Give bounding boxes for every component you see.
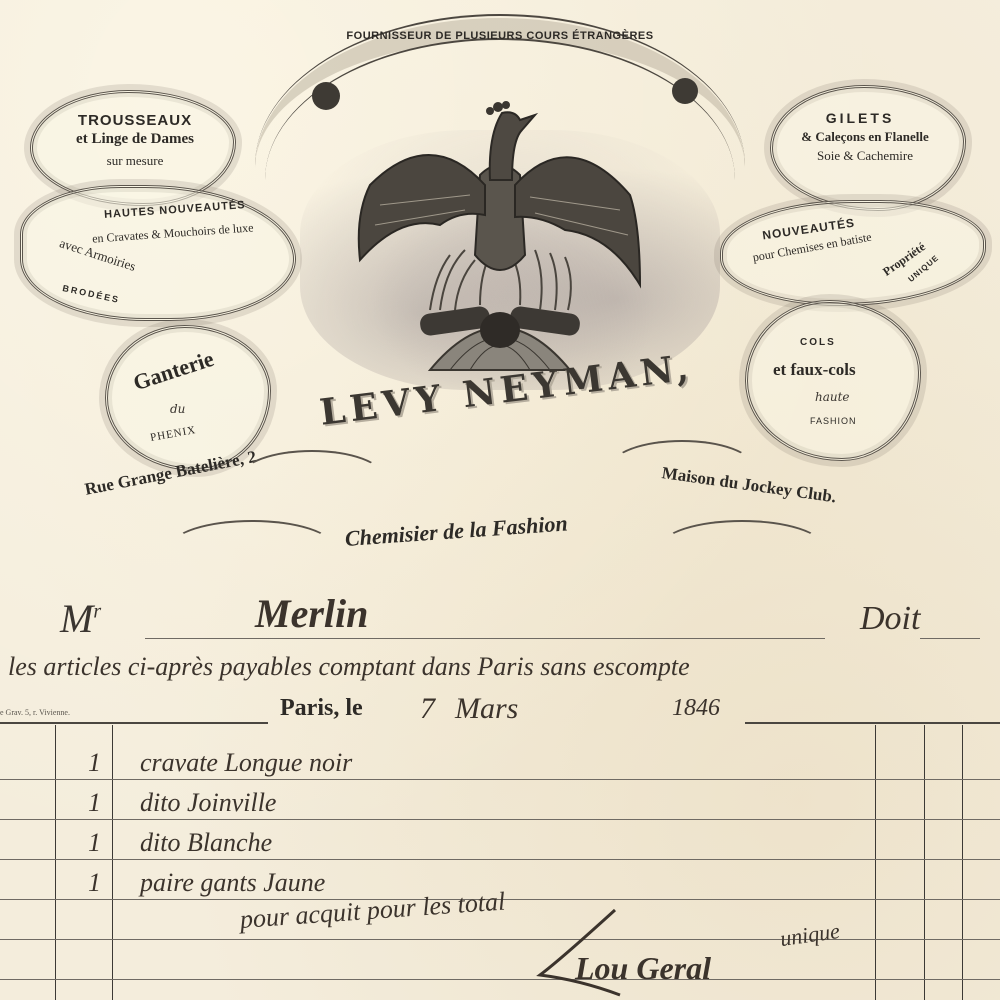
invoice: Mr Merlin Doit les articles ci-après pay…	[0, 560, 1000, 1000]
left-section3-line1: du	[170, 402, 185, 416]
left-title: TROUSSEAUX	[55, 112, 215, 129]
item-qty: 1	[88, 788, 101, 818]
flourish	[240, 450, 384, 504]
column-rule-price	[875, 725, 876, 1000]
column-rule-margin	[55, 725, 56, 1000]
engraver-credit: e Grav. 5, r. Vivienne.	[0, 708, 70, 717]
row-rule	[0, 779, 1000, 780]
salutation-prefix: Mr	[60, 595, 101, 642]
receipt-note-2: unique	[778, 918, 841, 952]
date-month[interactable]: Mars	[455, 692, 518, 726]
column-rule-francs	[924, 725, 925, 1000]
column-rule-cents	[962, 725, 963, 1000]
right-section3-line3: FASHION	[810, 416, 857, 426]
banner-text: FOURNISSEUR DE PLUSIEURS COURS ÉTRANGÈRE…	[330, 30, 670, 42]
flourish	[610, 440, 754, 494]
item-description: dito Blanche	[140, 828, 272, 858]
item-description: dito Joinville	[140, 788, 276, 818]
payment-terms: les articles ci-après payables comptant …	[8, 652, 690, 682]
right-medallion-icon	[672, 78, 698, 104]
right-section3-line1: et faux-cols	[773, 360, 856, 380]
salutation-superscript: r	[93, 601, 101, 623]
right-title: GILETS	[800, 110, 920, 126]
letterhead: FOURNISSEUR DE PLUSIEURS COURS ÉTRANGÈRE…	[0, 0, 1000, 560]
place-rule-left	[0, 722, 268, 724]
row-rule	[0, 859, 1000, 860]
right-section3-title: COLS	[800, 337, 836, 348]
phoenix-emblem-icon	[340, 85, 660, 385]
item-description: cravate Longue noir	[140, 748, 352, 778]
place-label: Paris, le	[280, 695, 363, 722]
item-qty: 1	[88, 828, 101, 858]
left-line2: sur mesure	[60, 153, 210, 169]
date-day[interactable]: 7	[420, 692, 435, 726]
left-medallion-icon	[312, 82, 340, 110]
column-rule-qty	[112, 725, 113, 1000]
place-rule-right	[745, 722, 1000, 724]
item-qty: 1	[88, 868, 101, 898]
customer-name[interactable]: Merlin	[255, 590, 368, 637]
row-rule	[0, 819, 1000, 820]
merchant-trade: Chemisier de la Fashion	[344, 510, 568, 551]
right-line2: Soie & Cachemire	[795, 148, 935, 164]
right-section3-line2: haute	[815, 390, 850, 404]
right-lower-cartouche	[745, 300, 921, 461]
right-line1: & Caleçons en Flanelle	[780, 129, 950, 145]
doit-rule	[920, 638, 980, 639]
left-line1: et Linge de Dames	[45, 131, 225, 148]
customer-name-rule	[145, 638, 825, 639]
item-qty: 1	[88, 748, 101, 778]
doit-label: Doit	[860, 600, 920, 638]
date-year[interactable]: 1846	[672, 695, 720, 722]
item-description: paire gants Jaune	[140, 868, 325, 898]
signature-flourish-icon	[500, 900, 700, 1000]
salutation-letter: M	[60, 596, 93, 641]
